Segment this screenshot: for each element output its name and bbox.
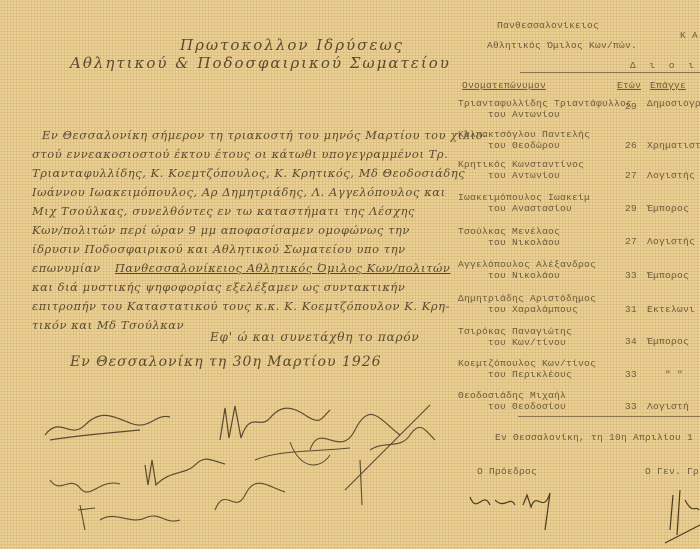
member-occupation: Λογιστής xyxy=(647,236,695,247)
member-father: του Αντωνίου xyxy=(488,170,560,181)
member-father: του Αντωνίου xyxy=(488,109,560,120)
member-occupation: Έμπορος xyxy=(647,270,689,281)
organization-name-line2: Αθλητικός Όμιλος Κων/πών. xyxy=(487,40,637,51)
member-father: του Χαραλάμπους xyxy=(488,304,578,315)
closing-statement: Εφ' ώ και συνετάχθη το παρόν xyxy=(210,330,419,344)
secretary-signature xyxy=(665,485,700,545)
member-occupation: Έμπορος xyxy=(647,203,689,214)
member-age: 29 xyxy=(625,203,637,214)
member-age: 27 xyxy=(625,170,637,181)
member-age: 26 xyxy=(625,140,637,151)
member-age: 33 xyxy=(625,369,637,380)
member-name: Τριανταφυλλίδης Τριαντάφυλλος xyxy=(458,98,632,109)
member-father: του Θεοδώρου xyxy=(488,140,560,151)
body-line: επωνυμίαν Πανθεσσαλονίκειος Αθλητικός Όμ… xyxy=(32,261,450,275)
member-father: του Θεοδοσίου xyxy=(488,401,566,412)
member-father: του Νικολάου xyxy=(488,237,560,248)
protocol-date: Εν Θεσσαλονίκη τη 30η Μαρτίου 1926 xyxy=(70,354,382,370)
member-father: του Κων/τίνου xyxy=(488,337,566,348)
signature-9 xyxy=(75,500,185,535)
signature-1 xyxy=(40,405,180,445)
president-signature xyxy=(465,485,565,535)
signature-8 xyxy=(210,480,290,520)
body-line: ίδρυσιν Ποδοσφαιρικού και Αθλητικού Σωμα… xyxy=(32,242,406,256)
member-age: 33 xyxy=(625,270,637,281)
top-rule xyxy=(520,72,700,73)
member-age: 34 xyxy=(625,336,637,347)
member-name: Θεοδοσιάδης Μιχαήλ xyxy=(458,390,566,401)
member-occupation: Λογιστή xyxy=(647,401,689,412)
member-age: 33 xyxy=(625,401,637,412)
signature-5 xyxy=(330,400,440,510)
body-line: Ιωάννου Ιωακειμόπουλος, Αρ Δημητριάδης, … xyxy=(32,185,446,199)
member-name: Αγγελόπουλος Αλέξανδρος xyxy=(458,259,596,270)
body-line: επιτροπήν του Καταστατικού τους κ.κ. Κ. … xyxy=(32,299,450,313)
member-occupation: Χρηματιστ xyxy=(647,140,700,151)
member-name: Καλπακτσόγλου Παντελής xyxy=(458,129,590,140)
club-name: Πανθεσσαλονίκειος Αθλητικός Όμιλος Κων/π… xyxy=(115,261,451,275)
member-name: Δημητριάδης Αριστόδημος xyxy=(458,293,596,304)
member-occupation: " " xyxy=(665,369,683,380)
member-age: 27 xyxy=(625,236,637,247)
signature-7 xyxy=(45,470,125,500)
body-line: και διά μυστικής ψηφοφορίας εξελέξαμεν ω… xyxy=(32,280,405,294)
list-date: Εν Θεσσαλονίκη, τη 10η Απριλίου 1 xyxy=(495,432,693,443)
header-fragment: Κ Α xyxy=(680,30,698,41)
body-line: Μιχ Τσούλκας, συνελθόντες εν τω καταστήμ… xyxy=(32,204,415,218)
member-occupation: Δημοσιογρ xyxy=(647,98,700,109)
column-header-age: Ετών xyxy=(617,80,641,91)
member-name: Ιωακειμόπουλος Ιωακείμ xyxy=(458,192,590,203)
member-father: του Αναστασίου xyxy=(488,203,572,214)
general-secretary-label: Ο Γεν. Γρ xyxy=(645,466,699,477)
protocol-title-line2: Αθλητικού & Ποδοσφαιρικού Σωματείου xyxy=(70,54,451,72)
member-father: του Περικλέους xyxy=(488,369,572,380)
body-line: στού εννεακοσιοστού έκτου έτους οι κάτωθ… xyxy=(32,147,448,161)
organization-name-line1: Πανθεσσαλονίκειος xyxy=(497,20,599,31)
body-line: τικόν και Μδ Τσούλκαν xyxy=(32,318,184,332)
member-father: του Νικολάου xyxy=(488,270,560,281)
member-name: Κρητικός Κωνσταντίνος xyxy=(458,159,584,170)
body-line: Τριανταφυλλίδης, Κ. Κοεμτζόπουλος, Κ. Κρ… xyxy=(32,166,465,180)
body-line: Κων/πολιτών περί ώραν 9 μμ αποφασίσαμεν … xyxy=(32,223,410,237)
member-occupation: Εκτελωνι xyxy=(647,304,695,315)
column-header-occupation: Επάγγε xyxy=(650,80,686,91)
member-occupation: Λογιστής xyxy=(647,170,695,181)
member-age: 29 xyxy=(625,101,637,112)
section-heading: Δ ι ο ι κ xyxy=(630,60,700,71)
bottom-rule xyxy=(518,416,700,417)
member-name: Κοεμτζόπουλος Κων/τίνος xyxy=(458,358,596,369)
member-name: Τσιρόκας Παναγιώτης xyxy=(458,326,572,337)
epwnymia-label: επωνυμίαν xyxy=(32,261,101,275)
member-occupation: Έμπορος xyxy=(647,336,689,347)
body-line: Εν Θεσσαλονίκη σήμερον τη τριακοστή του … xyxy=(42,128,488,142)
member-name: Τσούλκας Μενέλαος xyxy=(458,226,560,237)
member-age: 31 xyxy=(625,304,637,315)
protocol-title-line1: Πρωτοκολλον Ιδρύσεως xyxy=(180,36,404,54)
column-header-name: Ονοματεπώνυμον xyxy=(462,80,546,91)
president-label: Ο Πρόεδρος xyxy=(477,466,537,477)
